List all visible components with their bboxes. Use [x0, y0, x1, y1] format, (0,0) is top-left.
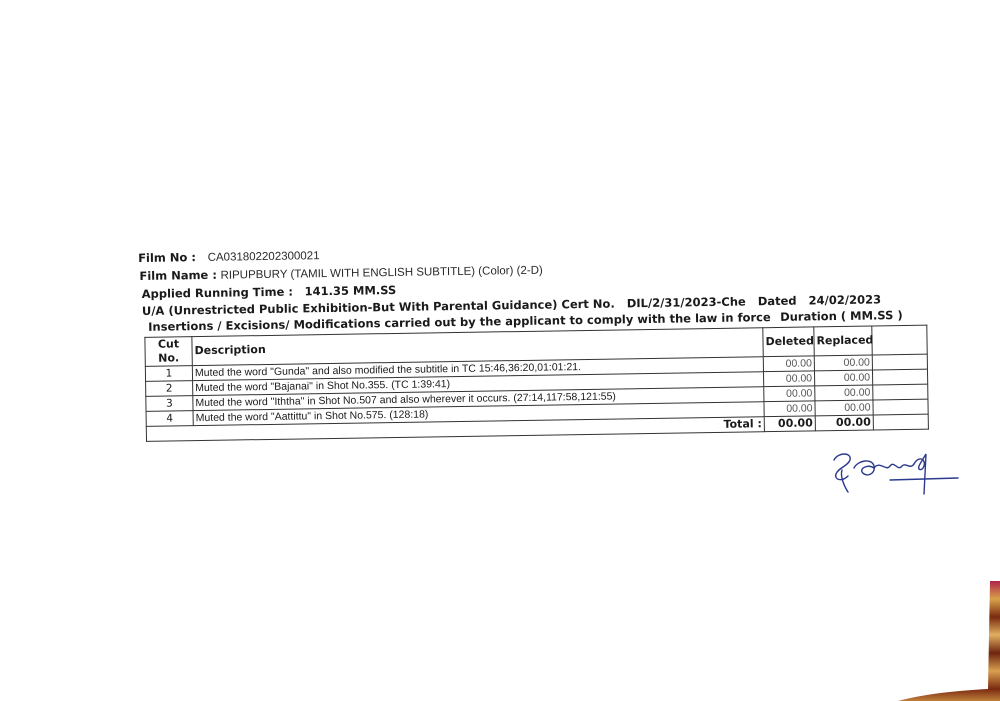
deleted: 00.00: [764, 386, 815, 402]
total-replaced: 00.00: [815, 415, 873, 431]
signature-icon: [828, 446, 968, 506]
film-no-label: Film No :: [138, 250, 196, 265]
film-name-label: Film Name :: [139, 268, 217, 283]
dated-value: 24/02/2023: [808, 292, 881, 307]
col-replaced: Replaced: [814, 326, 872, 356]
running-time-value: 141.35 MM.SS: [304, 283, 396, 298]
extra-cell: [873, 414, 928, 430]
extra-cell: [873, 384, 928, 400]
paper-edge-decoration: [890, 571, 1000, 701]
col-extra: [872, 325, 927, 355]
total-deleted: 00.00: [764, 416, 815, 432]
extra-cell: [872, 354, 927, 370]
film-name-value: RIPUPBURY (TAMIL WITH ENGLISH SUBTITLE) …: [220, 265, 542, 282]
cert-no: DIL/2/31/2023-Che: [627, 294, 746, 310]
replaced: 00.00: [815, 385, 873, 401]
replaced: 00.00: [814, 355, 872, 371]
replaced: 00.00: [814, 370, 872, 386]
deleted: 00.00: [764, 401, 815, 417]
cut-no: 1: [145, 366, 192, 382]
extra-cell: [873, 399, 928, 415]
cut-no: 3: [146, 396, 193, 412]
cut-no: 4: [146, 411, 193, 427]
extra-cell: [872, 369, 927, 385]
cut-no: 2: [146, 381, 193, 397]
film-no-value: CA031802202300021: [208, 250, 320, 264]
duration-heading: Duration ( MM.SS ): [780, 308, 903, 324]
replaced: 00.00: [815, 400, 873, 416]
certificate-document: Film No : CA031802202300021 Film Name : …: [138, 238, 931, 442]
deleted: 00.00: [763, 356, 814, 372]
running-time-label: Applied Running Time :: [142, 285, 293, 301]
deleted: 00.00: [763, 371, 814, 387]
modifications-table: Cut No. Description Deleted Replaced 1 M…: [144, 325, 929, 442]
col-cut-no: Cut No.: [145, 337, 192, 367]
dated-label: Dated: [758, 294, 797, 309]
col-deleted: Deleted: [763, 327, 814, 357]
